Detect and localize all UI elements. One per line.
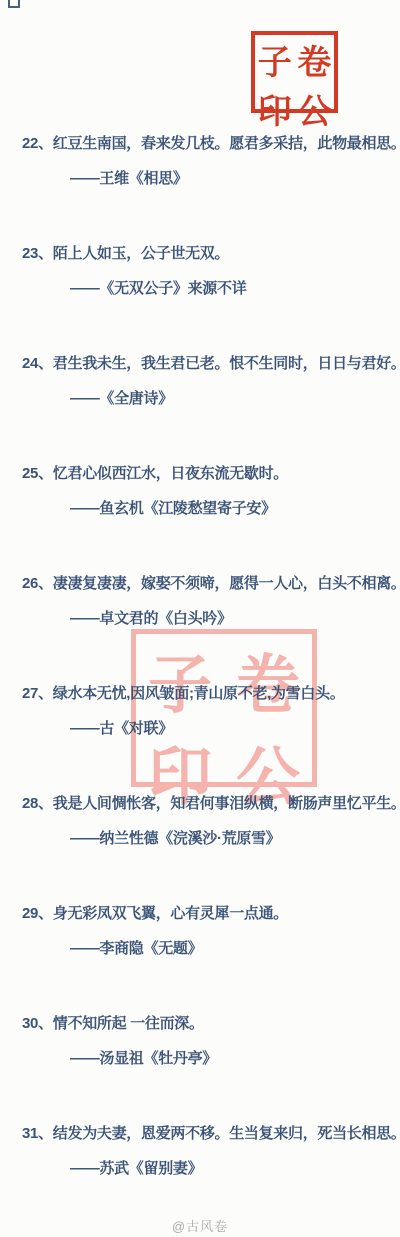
quote-source: ——《全唐诗》 [70,389,400,409]
quote-list: 22、红豆生南国，春来发几枝。愿君多采拮，此物最相思。 ——王维《相思》 23、… [0,0,400,1234]
quote-item: 29、身无彩凤双飞翼，心有灵犀一点通。 ——李商隐《无题》 [22,904,400,959]
quote-text: 君生我未生，我生君已老。恨不生同时，日日与君好。 [53,355,400,372]
quote-number: 27、 [22,685,53,702]
quote-text: 结发为夫妻，恩爱两不移。生当复来归，死当长相思。 [53,1125,400,1142]
quote-line: 31、结发为夫妻，恩爱两不移。生当复来归，死当长相思。 [22,1124,400,1144]
quote-line: 29、身无彩凤双飞翼，心有灵犀一点通。 [22,904,400,924]
quote-number: 23、 [22,245,53,262]
quote-item: 27、绿水本无忧,因风皱面;青山原不老,为雪白头。 ——古《对联》 [22,684,400,739]
quote-number: 29、 [22,905,53,922]
quote-line: 26、凄凄复凄凄，嫁娶不须啼，愿得一人心，白头不相离。 [22,574,400,594]
quote-line: 28、我是人间惆怅客，知君何事泪纵横，断肠声里忆平生。 [22,794,400,814]
quote-source: ——纳兰性德《浣溪沙·荒原雪》 [70,829,400,849]
quote-source: ——卓文君的《白头吟》 [70,609,400,629]
quote-source: ——《无双公子》来源不详 [70,279,400,299]
quote-number: 28、 [22,795,53,812]
quote-item: 23、陌上人如玉，公子世无双。 ——《无双公子》来源不详 [22,244,400,299]
quote-line: 22、红豆生南国，春来发几枝。愿君多采拮，此物最相思。 [22,134,400,154]
quote-item: 31、结发为夫妻，恩爱两不移。生当复来归，死当长相思。 ——苏武《留别妻》 [22,1124,400,1179]
quote-number: 31、 [22,1125,53,1142]
quote-source: ——苏武《留别妻》 [70,1159,400,1179]
quote-number: 25、 [22,465,53,482]
quote-line: 23、陌上人如玉，公子世无双。 [22,244,400,264]
quote-text: 凄凄复凄凄，嫁娶不须啼，愿得一人心，白头不相离。 [53,575,400,592]
watermark-credit: @古风卷 [0,1216,400,1235]
quote-line: 24、君生我未生，我生君已老。恨不生同时，日日与君好。 [22,354,400,374]
quote-text: 红豆生南国，春来发几枝。愿君多采拮，此物最相思。 [53,135,400,152]
quote-line: 25、忆君心似西江水，日夜东流无歇时。 [22,464,400,484]
quote-text: 我是人间惆怅客，知君何事泪纵横，断肠声里忆平生。 [53,795,400,812]
quote-text: 身无彩凤双飞翼，心有灵犀一点通。 [53,905,288,922]
quote-item: 30、情不知所起 一往而深。 ——汤显祖《牡丹亭》 [22,1014,400,1069]
quote-text: 情不知所起 一往而深。 [53,1015,204,1032]
quote-number: 22、 [22,135,53,152]
quote-item: 25、忆君心似西江水，日夜东流无歇时。 ——鱼玄机《江陵愁望寄子安》 [22,464,400,519]
quote-sheet: 子 卷 印 公 子 卷 印 公 22、红豆生南国，春来发几枝。愿君多采拮，此物最… [0,0,400,1237]
quote-source: ——王维《相思》 [70,169,400,189]
quote-source: ——李商隐《无题》 [70,939,400,959]
quote-item: 24、君生我未生，我生君已老。恨不生同时，日日与君好。 ——《全唐诗》 [22,354,400,409]
quote-text: 忆君心似西江水，日夜东流无歇时。 [53,465,288,482]
quote-line: 30、情不知所起 一往而深。 [22,1014,400,1034]
quote-number: 30、 [22,1015,53,1032]
quote-line: 27、绿水本无忧,因风皱面;青山原不老,为雪白头。 [22,684,400,704]
quote-source: ——古《对联》 [70,719,400,739]
quote-source: ——鱼玄机《江陵愁望寄子安》 [70,499,400,519]
quote-item: 28、我是人间惆怅客，知君何事泪纵横，断肠声里忆平生。 ——纳兰性德《浣溪沙·荒… [22,794,400,849]
quote-item: 26、凄凄复凄凄，嫁娶不须啼，愿得一人心，白头不相离。 ——卓文君的《白头吟》 [22,574,400,629]
quote-source: ——汤显祖《牡丹亭》 [70,1049,400,1069]
quote-text: 绿水本无忧,因风皱面;青山原不老,为雪白头。 [53,685,345,702]
quote-number: 26、 [22,575,53,592]
quote-text: 陌上人如玉，公子世无双。 [53,245,229,262]
quote-item: 22、红豆生南国，春来发几枝。愿君多采拮，此物最相思。 ——王维《相思》 [22,134,400,189]
quote-number: 24、 [22,355,53,372]
